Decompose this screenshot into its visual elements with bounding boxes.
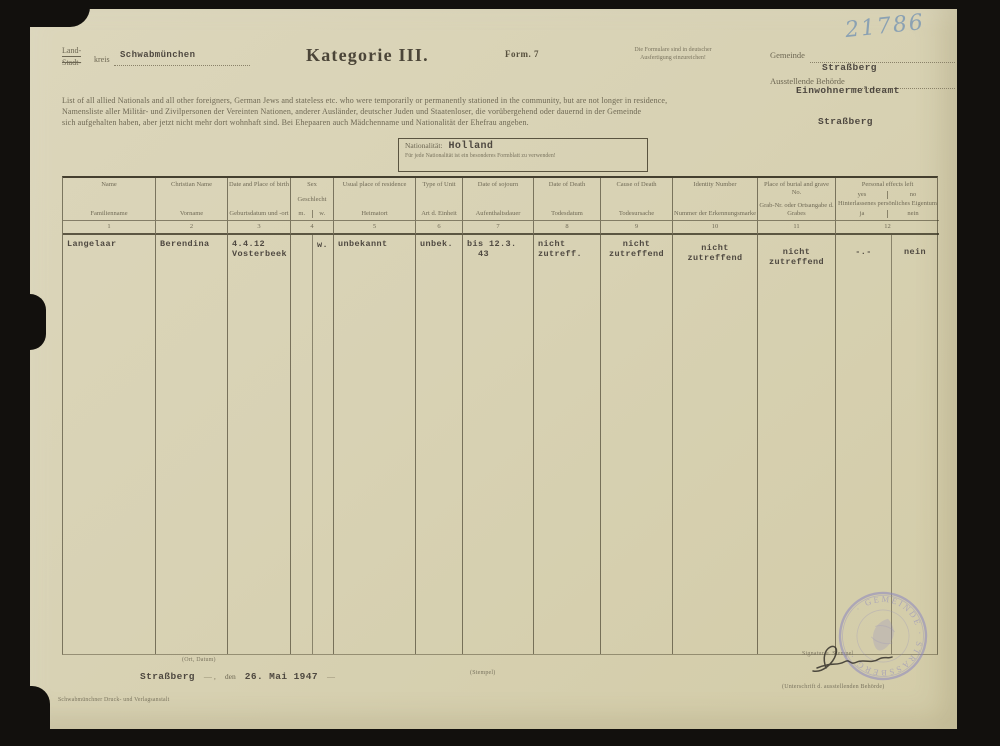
col-num-3: 3 — [228, 221, 291, 235]
cell-sex: w. — [291, 235, 334, 654]
col-header-name: Name Familienname — [63, 178, 156, 221]
intro-line-en: List of all allied Nationals and all oth… — [62, 96, 667, 105]
col-num-7: 7 — [463, 221, 534, 235]
behoerde-value: Einwohnermeldeamt — [796, 85, 900, 96]
ort-datum-label: (Ort, Datum) — [182, 657, 216, 663]
nationality-note: Für jede Nationalität ist ein besonderes… — [405, 153, 641, 159]
gemeinde-label: Gemeinde — [770, 50, 805, 60]
scan-shadow-bottom-left — [0, 686, 50, 746]
cell-burial: nicht zutreffend — [758, 235, 836, 654]
col-header-identity: Identity Number Nummer der Erkennungsmar… — [673, 178, 758, 221]
cell-name: Langelaar — [63, 235, 156, 654]
col-num-12: 12 — [836, 221, 939, 235]
col-header-death-cause: Cause of Death Todesursache — [601, 178, 673, 221]
intro-line-de-1: Namensliste aller Militär- und Zivilpers… — [62, 107, 641, 116]
cell-effects-yes: -.- — [836, 247, 891, 257]
footer-trailing-dash: — — [327, 672, 335, 681]
col-num-11: 11 — [758, 221, 836, 235]
intro-right-place-value: Straßberg — [818, 116, 873, 127]
footer-date-value: 26. Mai 1947 — [245, 671, 318, 682]
col-header-unit: Type of Unit Art d. Einheit — [416, 178, 463, 221]
scanned-form-kategorie-iii: Land- Stadt- kreis Schwabmünchen Kategor… — [0, 0, 1000, 746]
intro-line-de-2: sich aufgehalten haben, aber jetzt nicht… — [62, 118, 529, 127]
nationality-box: Nationalität: Holland Für jede Nationali… — [398, 138, 648, 172]
cell-sojourn: bis 12.3. 43 — [463, 235, 534, 654]
col-header-burial: Place of burial and grave No. Grab-Nr. o… — [758, 178, 836, 221]
stadtkreis-label-struck: Stadt- — [62, 58, 81, 67]
col-header-death-date: Date of Death Todesdatum — [534, 178, 601, 221]
scan-shadow-left-edge — [0, 294, 46, 350]
printer-imprint: Schwabmünchner Druck- und Verlagsanstalt — [58, 697, 169, 703]
cell-death-cause: nicht zutreffend — [601, 235, 673, 654]
form-note: Die Formulare sind in deutscher Ausferti… — [608, 46, 738, 62]
landkreis-label: Land- — [62, 46, 81, 57]
col-header-christian-name: Christian Name Vorname — [156, 178, 228, 221]
form-note-line1: Die Formulare sind in deutscher — [608, 46, 738, 54]
effects-yes-no-en: yes no — [837, 191, 938, 199]
cell-birth: 4.4.12 Vosterbeek — [228, 235, 291, 654]
col-num-9: 9 — [601, 221, 673, 235]
col-header-sojourn: Date of sojourn Aufenthaltsdauer — [463, 178, 534, 221]
cell-identity: nicht zutreffend — [673, 235, 758, 654]
footer-place-value: Straßberg — [140, 671, 195, 682]
footer-separator: — , — [204, 672, 216, 681]
cell-residence: unbekannt — [334, 235, 416, 654]
kreis-dotted-line — [114, 65, 250, 66]
col-num-10: 10 — [673, 221, 758, 235]
col-header-effects: Personal effects left yes no Hinterlasse… — [836, 178, 939, 221]
col-num-4: 4 — [291, 221, 334, 235]
nationality-value: Holland — [449, 141, 494, 152]
persons-table: Name Familienname Christian Name Vorname… — [62, 176, 938, 655]
cell-unit: unbek. — [416, 235, 463, 654]
stempel-label: (Stempel) — [470, 670, 495, 676]
form-title: Kategorie III. — [306, 45, 429, 66]
cell-christian-name: Berendina — [156, 235, 228, 654]
form-number: Form. 7 — [505, 49, 539, 59]
kreis-value: Schwabmünchen — [120, 50, 195, 60]
cell-effects-no: nein — [891, 247, 939, 257]
handwritten-signature — [786, 638, 898, 688]
col-num-6: 6 — [416, 221, 463, 235]
col-num-8: 8 — [534, 221, 601, 235]
scan-shadow-top-left — [0, 0, 90, 27]
cell-death-date: nicht zutreff. — [534, 235, 601, 654]
nationality-label: Nationalität: — [405, 141, 443, 150]
effects-yes-no-de: ja nein — [837, 210, 938, 218]
col-num-2: 2 — [156, 221, 228, 235]
den-label: den — [225, 672, 236, 681]
col-header-birth: Date and Place of birth Geburtsdatum und… — [228, 178, 291, 221]
place-date-line: Straßberg — , den 26. Mai 1947 — — [140, 671, 335, 682]
col-header-residence: Usual place of residence Heimatort — [334, 178, 416, 221]
sex-mw-subheader: m. w. — [292, 210, 332, 218]
col-header-sex: Sex Geschlecht m. w. — [291, 178, 334, 221]
col-num-5: 5 — [334, 221, 416, 235]
gemeinde-value: Straßberg — [822, 62, 877, 73]
kreis-label: kreis — [94, 55, 110, 64]
form-note-line2: Ausfertigung einzureichen! — [608, 54, 738, 62]
col-num-1: 1 — [63, 221, 156, 235]
